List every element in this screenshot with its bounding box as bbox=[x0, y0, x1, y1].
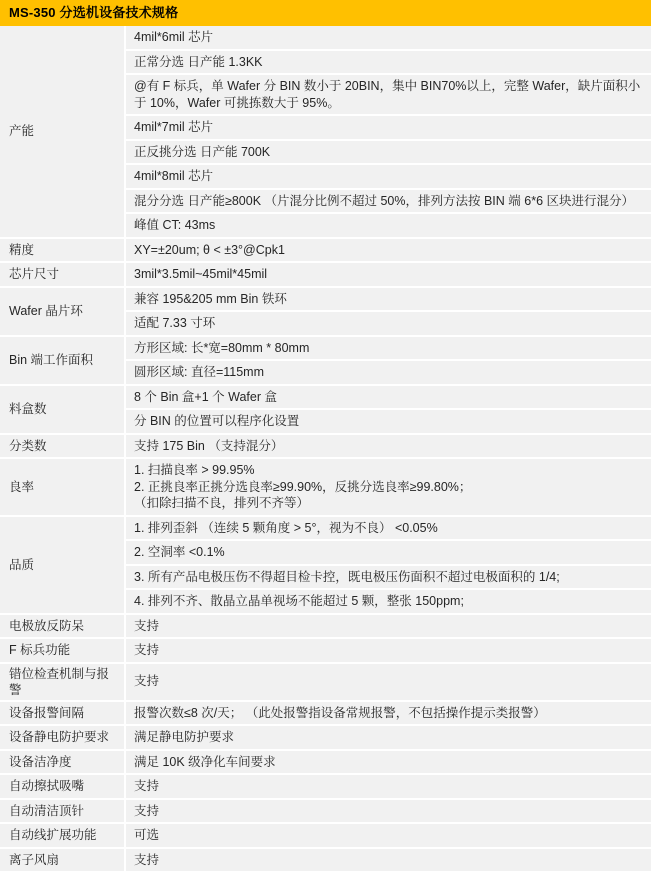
spec-label: F 标兵功能 bbox=[0, 638, 125, 663]
table-row: 自动擦拭吸嘴支持 bbox=[0, 774, 651, 799]
spec-label: 自动清洁顶针 bbox=[0, 799, 125, 824]
spec-value-line: 支持 bbox=[134, 778, 643, 795]
spec-label: 离子风扇 bbox=[0, 848, 125, 873]
spec-value-line: 可选 bbox=[134, 827, 643, 844]
spec-value-cell: 可选 bbox=[125, 823, 651, 848]
spec-value-line: 报警次数≤8 次/天； （此处报警指设备常规报警，不包括操作提示类报警） bbox=[134, 705, 643, 722]
spec-value-line: 分 BIN 的位置可以程序化设置 bbox=[134, 413, 643, 430]
spec-value-line: 2. 空洞率 <0.1% bbox=[134, 544, 643, 561]
spec-label: 自动擦拭吸嘴 bbox=[0, 774, 125, 799]
table-row: 精度XY=±20um; θ < ±3°@Cpk1 bbox=[0, 238, 651, 263]
table-row: 自动清洁顶针支持 bbox=[0, 799, 651, 824]
table-row: Wafer 晶片环兼容 195&205 mm Bin 铁环 bbox=[0, 287, 651, 312]
spec-value-cell: 满足 10K 级净化车间要求 bbox=[125, 750, 651, 775]
table-row: 芯片尺寸3mil*3.5mil~45mil*45mil bbox=[0, 262, 651, 287]
spec-value-line: （扣除扫描不良，排列不齐等） bbox=[134, 495, 643, 512]
spec-label: 产能 bbox=[0, 26, 125, 238]
table-row: 产能4mil*6mil 芯片 bbox=[0, 26, 651, 50]
spec-value-line: XY=±20um; θ < ±3°@Cpk1 bbox=[134, 242, 643, 259]
spec-value-cell: 支持 175 Bin （支持混分） bbox=[125, 434, 651, 459]
spec-value-line: 圆形区域: 直径=115mm bbox=[134, 364, 643, 381]
spec-value-line: 4mil*7mil 芯片 bbox=[134, 119, 643, 136]
spec-value-cell: 分 BIN 的位置可以程序化设置 bbox=[125, 409, 651, 434]
table-row: 设备静电防护要求满足静电防护要求 bbox=[0, 725, 651, 750]
spec-label: 错位检查机制与报警 bbox=[0, 663, 125, 701]
spec-label: 料盒数 bbox=[0, 385, 125, 434]
table-row: 料盒数8 个 Bin 盒+1 个 Wafer 盒 bbox=[0, 385, 651, 410]
spec-table: 产能4mil*6mil 芯片正常分选 日产能 1.3KK@有 F 标兵，单 Wa… bbox=[0, 26, 651, 873]
spec-value-line: 8 个 Bin 盒+1 个 Wafer 盒 bbox=[134, 389, 643, 406]
table-row: Bin 端工作面积方形区域: 长*宽=80mm * 80mm bbox=[0, 336, 651, 361]
table-row: 离子风扇支持 bbox=[0, 848, 651, 873]
page-title: MS-350 分选机设备技术规格 bbox=[9, 5, 178, 20]
spec-value-line: @有 F 标兵，单 Wafer 分 BIN 数小于 20BIN，集中 BIN70… bbox=[134, 78, 643, 111]
spec-label: 芯片尺寸 bbox=[0, 262, 125, 287]
title-bar: MS-350 分选机设备技术规格 bbox=[0, 0, 651, 26]
spec-value-line: 支持 bbox=[134, 673, 643, 690]
spec-label: Bin 端工作面积 bbox=[0, 336, 125, 385]
spec-value-cell: XY=±20um; θ < ±3°@Cpk1 bbox=[125, 238, 651, 263]
spec-value-cell: 正反挑分选 日产能 700K bbox=[125, 140, 651, 165]
spec-value-cell: 支持 bbox=[125, 638, 651, 663]
spec-value-cell: 正常分选 日产能 1.3KK bbox=[125, 50, 651, 75]
spec-label: 品质 bbox=[0, 516, 125, 614]
spec-value-cell: 适配 7.33 寸环 bbox=[125, 311, 651, 336]
table-row: 品质1. 排列歪斜 （连续 5 颗角度 > 5°，视为不良） <0.05% bbox=[0, 516, 651, 541]
spec-value-line: 正常分选 日产能 1.3KK bbox=[134, 54, 643, 71]
spec-value-line: 4. 排列不齐、散晶立晶单视场不能超过 5 颗，整张 150ppm; bbox=[134, 593, 643, 610]
spec-value-line: 支持 bbox=[134, 642, 643, 659]
spec-value-cell: 8 个 Bin 盒+1 个 Wafer 盒 bbox=[125, 385, 651, 410]
spec-value-line: 峰值 CT: 43ms bbox=[134, 217, 643, 234]
spec-value-cell: 圆形区域: 直径=115mm bbox=[125, 360, 651, 385]
spec-value-line: 混分分选 日产能≥800K （片混分比例不超过 50%，排列方法按 BIN 端 … bbox=[134, 193, 643, 210]
spec-value-cell: @有 F 标兵，单 Wafer 分 BIN 数小于 20BIN，集中 BIN70… bbox=[125, 74, 651, 115]
spec-value-cell: 满足静电防护要求 bbox=[125, 725, 651, 750]
spec-value-cell: 4mil*8mil 芯片 bbox=[125, 164, 651, 189]
spec-value-line: 4mil*6mil 芯片 bbox=[134, 29, 643, 46]
spec-value-line: 2. 正挑良率正挑分选良率≥99.90%，反挑分选良率≥99.80%； bbox=[134, 479, 643, 496]
spec-value-cell: 支持 bbox=[125, 663, 651, 701]
spec-value-line: 支持 bbox=[134, 852, 643, 869]
spec-value-line: 兼容 195&205 mm Bin 铁环 bbox=[134, 291, 643, 308]
spec-value-line: 4mil*8mil 芯片 bbox=[134, 168, 643, 185]
spec-value-cell: 3. 所有产品电极压伤不得超目检卡控，既电极压伤面积不超过电极面积的 1/4; bbox=[125, 565, 651, 590]
spec-value-cell: 支持 bbox=[125, 774, 651, 799]
table-row: 错位检查机制与报警支持 bbox=[0, 663, 651, 701]
spec-value-cell: 峰值 CT: 43ms bbox=[125, 213, 651, 238]
spec-value-line: 支持 bbox=[134, 803, 643, 820]
spec-value-line: 3. 所有产品电极压伤不得超目检卡控，既电极压伤面积不超过电极面积的 1/4; bbox=[134, 569, 643, 586]
spec-value-cell: 方形区域: 长*宽=80mm * 80mm bbox=[125, 336, 651, 361]
spec-value-line: 支持 bbox=[134, 618, 643, 635]
table-row: 良率1. 扫描良率 > 99.95%2. 正挑良率正挑分选良率≥99.90%，反… bbox=[0, 458, 651, 516]
table-row: F 标兵功能支持 bbox=[0, 638, 651, 663]
spec-value-line: 满足 10K 级净化车间要求 bbox=[134, 754, 643, 771]
spec-label: 设备洁净度 bbox=[0, 750, 125, 775]
spec-value-cell: 支持 bbox=[125, 614, 651, 639]
table-row: 分类数支持 175 Bin （支持混分） bbox=[0, 434, 651, 459]
spec-value-cell: 支持 bbox=[125, 848, 651, 873]
table-row: 设备洁净度满足 10K 级净化车间要求 bbox=[0, 750, 651, 775]
spec-value-cell: 支持 bbox=[125, 799, 651, 824]
spec-label: 自动线扩展功能 bbox=[0, 823, 125, 848]
spec-value-cell: 混分分选 日产能≥800K （片混分比例不超过 50%，排列方法按 BIN 端 … bbox=[125, 189, 651, 214]
spec-value-cell: 报警次数≤8 次/天； （此处报警指设备常规报警，不包括操作提示类报警） bbox=[125, 701, 651, 726]
spec-value-line: 适配 7.33 寸环 bbox=[134, 315, 643, 332]
spec-value-cell: 1. 排列歪斜 （连续 5 颗角度 > 5°，视为不良） <0.05% bbox=[125, 516, 651, 541]
spec-value-cell: 1. 扫描良率 > 99.95%2. 正挑良率正挑分选良率≥99.90%，反挑分… bbox=[125, 458, 651, 516]
spec-value-line: 方形区域: 长*宽=80mm * 80mm bbox=[134, 340, 643, 357]
table-row: 设备报警间隔报警次数≤8 次/天； （此处报警指设备常规报警，不包括操作提示类报… bbox=[0, 701, 651, 726]
spec-label: 设备报警间隔 bbox=[0, 701, 125, 726]
table-row: 自动线扩展功能可选 bbox=[0, 823, 651, 848]
spec-value-line: 1. 排列歪斜 （连续 5 颗角度 > 5°，视为不良） <0.05% bbox=[134, 520, 643, 537]
spec-label: 电极放反防呆 bbox=[0, 614, 125, 639]
spec-value-cell: 4mil*7mil 芯片 bbox=[125, 115, 651, 140]
spec-sheet: MS-350 分选机设备技术规格 产能4mil*6mil 芯片正常分选 日产能 … bbox=[0, 0, 651, 873]
table-row: 电极放反防呆支持 bbox=[0, 614, 651, 639]
spec-value-line: 正反挑分选 日产能 700K bbox=[134, 144, 643, 161]
spec-value-cell: 2. 空洞率 <0.1% bbox=[125, 540, 651, 565]
spec-value-line: 满足静电防护要求 bbox=[134, 729, 643, 746]
spec-label: 设备静电防护要求 bbox=[0, 725, 125, 750]
spec-label: Wafer 晶片环 bbox=[0, 287, 125, 336]
spec-label: 良率 bbox=[0, 458, 125, 516]
spec-value-line: 支持 175 Bin （支持混分） bbox=[134, 438, 643, 455]
spec-value-cell: 4. 排列不齐、散晶立晶单视场不能超过 5 颗，整张 150ppm; bbox=[125, 589, 651, 614]
spec-table-body: 产能4mil*6mil 芯片正常分选 日产能 1.3KK@有 F 标兵，单 Wa… bbox=[0, 26, 651, 872]
spec-value-line: 1. 扫描良率 > 99.95% bbox=[134, 462, 643, 479]
spec-value-line: 3mil*3.5mil~45mil*45mil bbox=[134, 266, 643, 283]
spec-label: 精度 bbox=[0, 238, 125, 263]
spec-value-cell: 兼容 195&205 mm Bin 铁环 bbox=[125, 287, 651, 312]
spec-value-cell: 3mil*3.5mil~45mil*45mil bbox=[125, 262, 651, 287]
spec-value-cell: 4mil*6mil 芯片 bbox=[125, 26, 651, 50]
spec-label: 分类数 bbox=[0, 434, 125, 459]
